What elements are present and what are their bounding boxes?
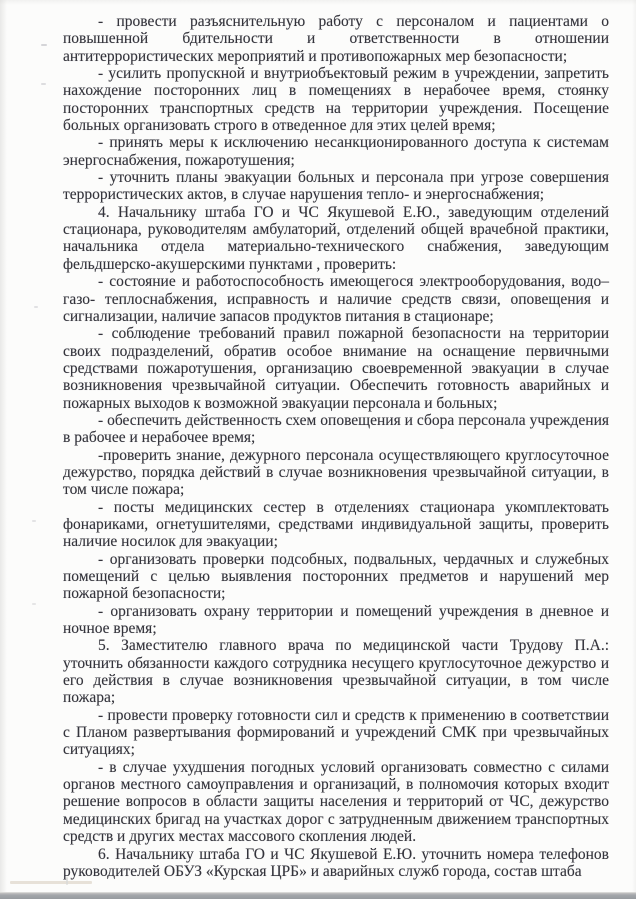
paragraph: - в случае ухудшения погодных условий ор…: [63, 759, 609, 846]
scan-smudge: [10, 881, 92, 884]
paragraph: 5. Заместителю главного врача по медицин…: [63, 637, 609, 706]
paragraph: - провести проверку готовности сил и сре…: [63, 707, 609, 759]
scan-speck: [32, 603, 36, 605]
paragraph: - организовать охрану территории и помещ…: [63, 603, 609, 638]
paragraph: - уточнить планы эвакуации больных и пер…: [63, 169, 609, 204]
scan-speck: [32, 520, 36, 522]
scan-bottom-edge: [0, 892, 636, 899]
scan-speck: [34, 306, 38, 308]
paragraph: - посты медицинских сестер в отделениях …: [63, 499, 609, 551]
paragraph: 6. Начальнику штаба ГО и ЧС Якушевой Е.Ю…: [63, 846, 609, 881]
paragraph: - соблюдение требований правил пожарной …: [63, 325, 609, 412]
document-body: - провести разъяснительную работу с перс…: [63, 13, 609, 880]
paragraph: - состояние и работоспособность имеющего…: [63, 273, 609, 325]
scanned-document-page: - провести разъяснительную работу с перс…: [0, 0, 636, 899]
paragraph: - принять меры к исключению несанкционир…: [63, 134, 609, 169]
paragraph: - организовать проверки подсобных, подва…: [63, 551, 609, 603]
scan-speck: [41, 44, 47, 46]
paragraph: 4. Начальнику штаба ГО и ЧС Якушевой Е.Ю…: [63, 204, 609, 273]
paragraph: -проверить знание, дежурного персонала о…: [63, 447, 609, 499]
scan-speck: [41, 83, 46, 85]
paragraph: - усилить пропускной и внутриобъектовый …: [63, 65, 609, 134]
paragraph: - провести разъяснительную работу с перс…: [63, 13, 609, 65]
paragraph: - обеспечить действенность схем оповещен…: [63, 412, 609, 447]
